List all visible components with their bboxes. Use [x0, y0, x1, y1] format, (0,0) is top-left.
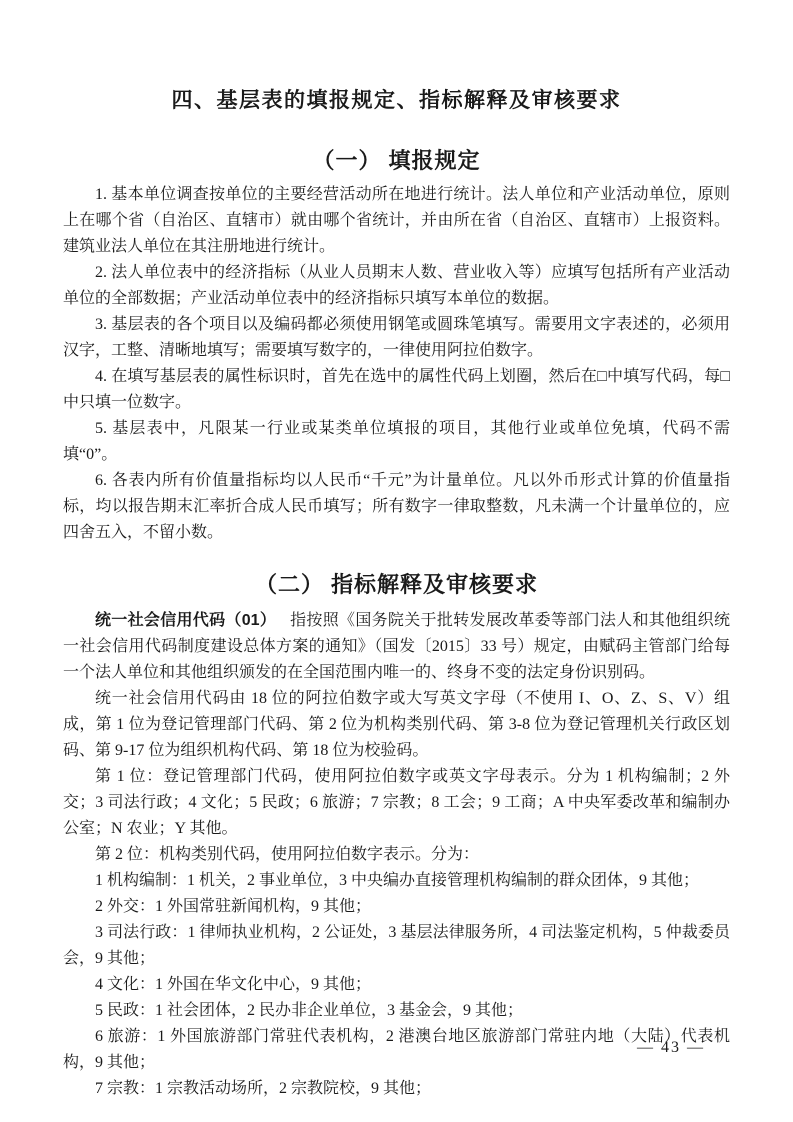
fill-rule-paragraph-2: 2. 法人单位表中的经济指标（从业人员期末人数、营业收入等）应填写包括所有产业活…	[63, 260, 730, 312]
fill-rule-paragraph-1: 1. 基本单位调查按单位的主要经营活动所在地进行统计。法人单位和产业活动单位，原…	[63, 182, 730, 260]
document-page: 四、基层表的填报规定、指标解释及审核要求 （一） 填报规定 1. 基本单位调查按…	[0, 0, 793, 1122]
fill-rules-section: 1. 基本单位调查按单位的主要经营活动所在地进行统计。法人单位和产业活动单位，原…	[63, 182, 730, 546]
indicator-term-label: 统一社会信用代码（01）	[95, 612, 276, 629]
fill-rule-paragraph-5: 5. 基层表中，凡限某一行业或某类单位填报的项目，其他行业或单位免填，代码不需填…	[63, 416, 730, 468]
indicator-list-item-5: 5 民政：1 社会团体，2 民办非企业单位，3 基金会，9 其他；	[63, 998, 730, 1024]
section-heading-fill-rules: （一） 填报规定	[63, 148, 730, 174]
page-title: 四、基层表的填报规定、指标解释及审核要求	[63, 87, 730, 115]
section-heading-indicators: （二） 指标解释及审核要求	[63, 572, 730, 598]
fill-rule-paragraph-3: 3. 基层表的各个项目以及编码都必须使用钢笔或圆珠笔填写。需要用文字表述的，必须…	[63, 312, 730, 364]
fill-rule-paragraph-6: 6. 各表内所有价值量指标均以人民币“千元”为计量单位。凡以外币形式计算的价值量…	[63, 468, 730, 546]
indicator-list-item-7: 7 宗教：1 宗教活动场所，2 宗教院校，9 其他；	[63, 1076, 730, 1102]
indicator-list-item-2: 2 外交：1 外国常驻新闻机构，9 其他；	[63, 894, 730, 920]
indicator-list-item-1: 1 机构编制：1 机关，2 事业单位，3 中央编办直接管理机构编制的群众团体，9…	[63, 868, 730, 894]
indicator-term-paragraph: 统一社会信用代码（01）指按照《国务院关于批转发展改革委等部门法人和其他组织统一…	[63, 608, 730, 686]
page-content: 四、基层表的填报规定、指标解释及审核要求 （一） 填报规定 1. 基本单位调查按…	[63, 0, 730, 1102]
indicator-paragraph-code-structure: 统一社会信用代码由 18 位的阿拉伯数字或大写英文字母（不使用 I、O、Z、S、…	[63, 686, 730, 764]
fill-rule-paragraph-4: 4. 在填写基层表的属性标识时，首先在选中的属性代码上划圈，然后在□中填写代码，…	[63, 364, 730, 416]
indicator-list-item-6: 6 旅游：1 外国旅游部门常驻代表机构，2 港澳台地区旅游部门常驻内地（大陆）代…	[63, 1024, 730, 1076]
indicator-list-item-3: 3 司法行政：1 律师执业机构，2 公证处，3 基层法律服务所，4 司法鉴定机构…	[63, 920, 730, 972]
page-number: — 43 —	[637, 1038, 705, 1058]
indicator-list-item-4: 4 文化：1 外国在华文化中心，9 其他；	[63, 972, 730, 998]
indicators-section: 统一社会信用代码（01）指按照《国务院关于批转发展改革委等部门法人和其他组织统一…	[63, 608, 730, 1102]
indicator-paragraph-digit-1: 第 1 位：登记管理部门代码，使用阿拉伯数字或英文字母表示。分为 1 机构编制；…	[63, 764, 730, 842]
indicator-paragraph-digit-2: 第 2 位：机构类别代码，使用阿拉伯数字表示。分为：	[63, 842, 730, 868]
